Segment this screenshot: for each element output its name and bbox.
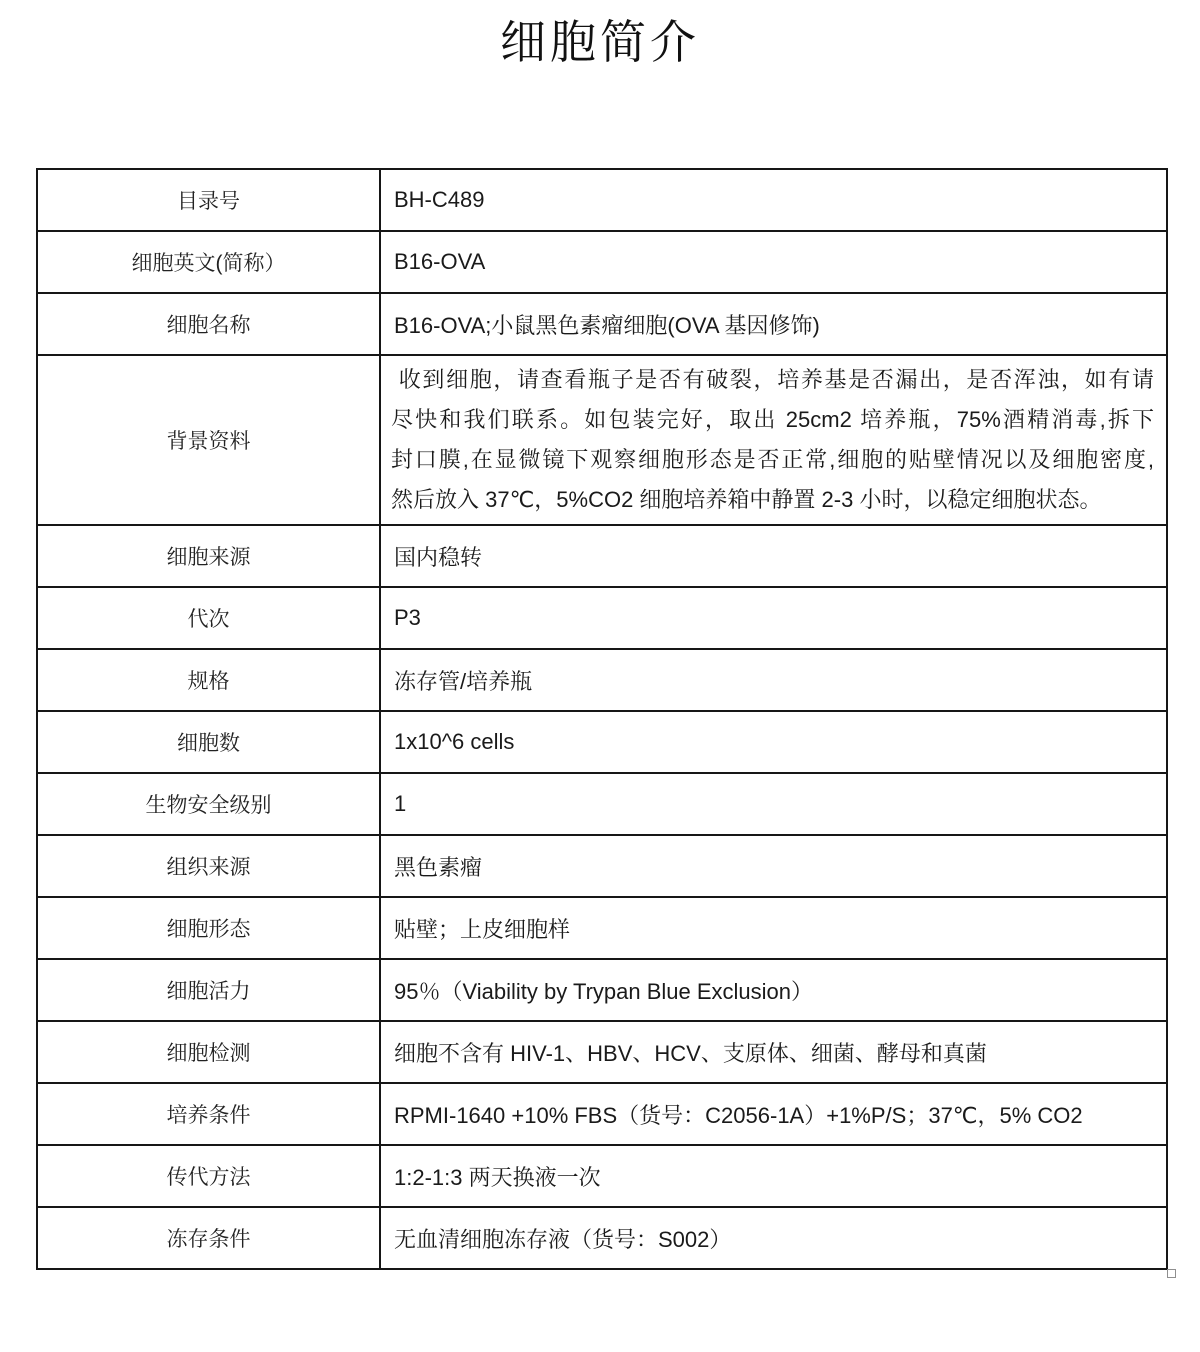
row-label: 生物安全级别 xyxy=(37,773,380,835)
table-row: 冻存条件 无血清细胞冻存液（货号：S002） xyxy=(37,1207,1167,1269)
row-label: 细胞形态 xyxy=(37,897,380,959)
row-value: BH-C489 xyxy=(380,169,1167,231)
table-row: 传代方法 1:2-1:3 两天换液一次 xyxy=(37,1145,1167,1207)
row-value: 国内稳转 xyxy=(380,525,1167,587)
row-value: RPMI-1640 +10% FBS（货号：C2056-1A）+1%P/S；37… xyxy=(380,1083,1167,1145)
row-label: 背景资料 xyxy=(37,355,380,525)
row-value: 1 xyxy=(380,773,1167,835)
background-info-line: 收到细胞，请查看瓶子是否有破裂，培养基是否漏出，是否浑浊，如有请 xyxy=(391,360,1154,400)
row-value: 细胞不含有 HIV-1、HBV、HCV、支原体、细菌、酵母和真菌 xyxy=(380,1021,1167,1083)
row-value: 1x10^6 cells xyxy=(380,711,1167,773)
table-row: 生物安全级别 1 xyxy=(37,773,1167,835)
row-value: B16-OVA;小鼠黑色素瘤细胞(OVA 基因修饰) xyxy=(380,293,1167,355)
row-value: 1:2-1:3 两天换液一次 xyxy=(380,1145,1167,1207)
row-label: 传代方法 xyxy=(37,1145,380,1207)
row-label: 细胞名称 xyxy=(37,293,380,355)
row-label: 规格 xyxy=(37,649,380,711)
row-label: 代次 xyxy=(37,587,380,649)
row-value: 收到细胞，请查看瓶子是否有破裂，培养基是否漏出，是否浑浊，如有请尽快和我们联系。… xyxy=(380,355,1167,525)
row-value: 冻存管/培养瓶 xyxy=(380,649,1167,711)
row-label: 培养条件 xyxy=(37,1083,380,1145)
table-row: 细胞来源 国内稳转 xyxy=(37,525,1167,587)
background-info-line: 尽快和我们联系。如包装完好，取出 25cm2 培养瓶，75%酒精消毒,拆下 xyxy=(391,400,1154,440)
table-resize-handle-icon xyxy=(1167,1269,1176,1278)
cell-info-table-body: 目录号 BH-C489 细胞英文(简称） B16-OVA 细胞名称 B16-OV… xyxy=(37,169,1167,1269)
table-row: 代次 P3 xyxy=(37,587,1167,649)
page-title: 细胞简介 xyxy=(0,6,1200,72)
table-row: 培养条件 RPMI-1640 +10% FBS（货号：C2056-1A）+1%P… xyxy=(37,1083,1167,1145)
table-row: 细胞名称 B16-OVA;小鼠黑色素瘤细胞(OVA 基因修饰) xyxy=(37,293,1167,355)
row-label: 细胞检测 xyxy=(37,1021,380,1083)
table-row: 规格 冻存管/培养瓶 xyxy=(37,649,1167,711)
row-label: 细胞来源 xyxy=(37,525,380,587)
table-row: 细胞检测 细胞不含有 HIV-1、HBV、HCV、支原体、细菌、酵母和真菌 xyxy=(37,1021,1167,1083)
table-row: 组织来源 黑色素瘤 xyxy=(37,835,1167,897)
background-info-line: 然后放入 37℃，5%CO2 细胞培养箱中静置 2-3 小时，以稳定细胞状态。 xyxy=(391,480,1154,520)
background-info-line: 封口膜,在显微镜下观察细胞形态是否正常,细胞的贴壁情况以及细胞密度, xyxy=(391,440,1154,480)
row-label: 冻存条件 xyxy=(37,1207,380,1269)
cell-info-table: 目录号 BH-C489 细胞英文(简称） B16-OVA 细胞名称 B16-OV… xyxy=(36,168,1168,1270)
row-value: 黑色素瘤 xyxy=(380,835,1167,897)
table-row: 细胞形态 贴壁；上皮细胞样 xyxy=(37,897,1167,959)
row-label: 细胞活力 xyxy=(37,959,380,1021)
row-value: 贴壁；上皮细胞样 xyxy=(380,897,1167,959)
row-value: B16-OVA xyxy=(380,231,1167,293)
table-row: 细胞英文(简称） B16-OVA xyxy=(37,231,1167,293)
row-label: 目录号 xyxy=(37,169,380,231)
table-row: 目录号 BH-C489 xyxy=(37,169,1167,231)
row-value: 无血清细胞冻存液（货号：S002） xyxy=(380,1207,1167,1269)
row-value: 95％（Viability by Trypan Blue Exclusion） xyxy=(380,959,1167,1021)
table-row: 细胞活力 95％（Viability by Trypan Blue Exclus… xyxy=(37,959,1167,1021)
row-label: 细胞数 xyxy=(37,711,380,773)
row-label: 组织来源 xyxy=(37,835,380,897)
table-row: 细胞数 1x10^6 cells xyxy=(37,711,1167,773)
row-label: 细胞英文(简称） xyxy=(37,231,380,293)
row-value: P3 xyxy=(380,587,1167,649)
table-row: 背景资料 收到细胞，请查看瓶子是否有破裂，培养基是否漏出，是否浑浊，如有请尽快和… xyxy=(37,355,1167,525)
